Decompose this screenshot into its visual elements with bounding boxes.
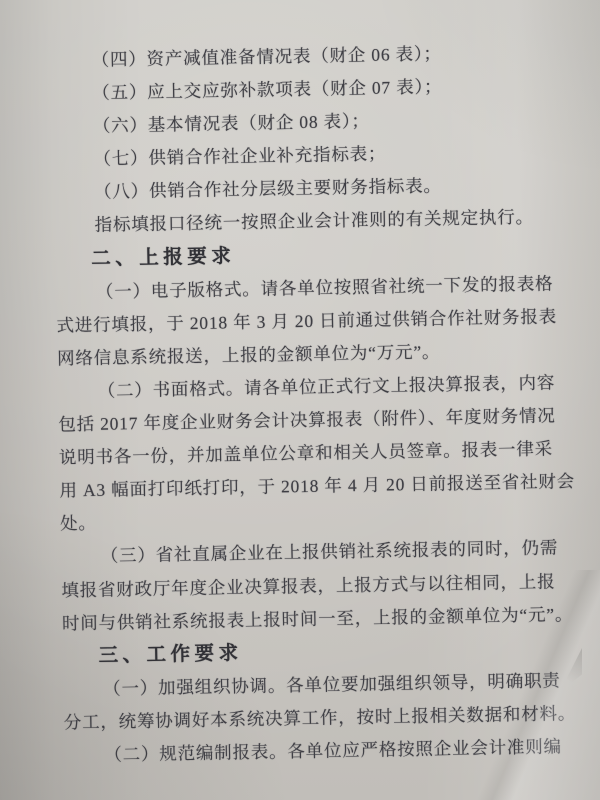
photographed-document-page: （四）资产减值准备情况表（财企 06 表）；（五）应上交应弥补款项表（财企 07… xyxy=(0,0,600,800)
document-text-block: （四）资产减值准备情况表（财企 06 表）；（五）应上交应弥补款项表（财企 07… xyxy=(51,36,556,773)
